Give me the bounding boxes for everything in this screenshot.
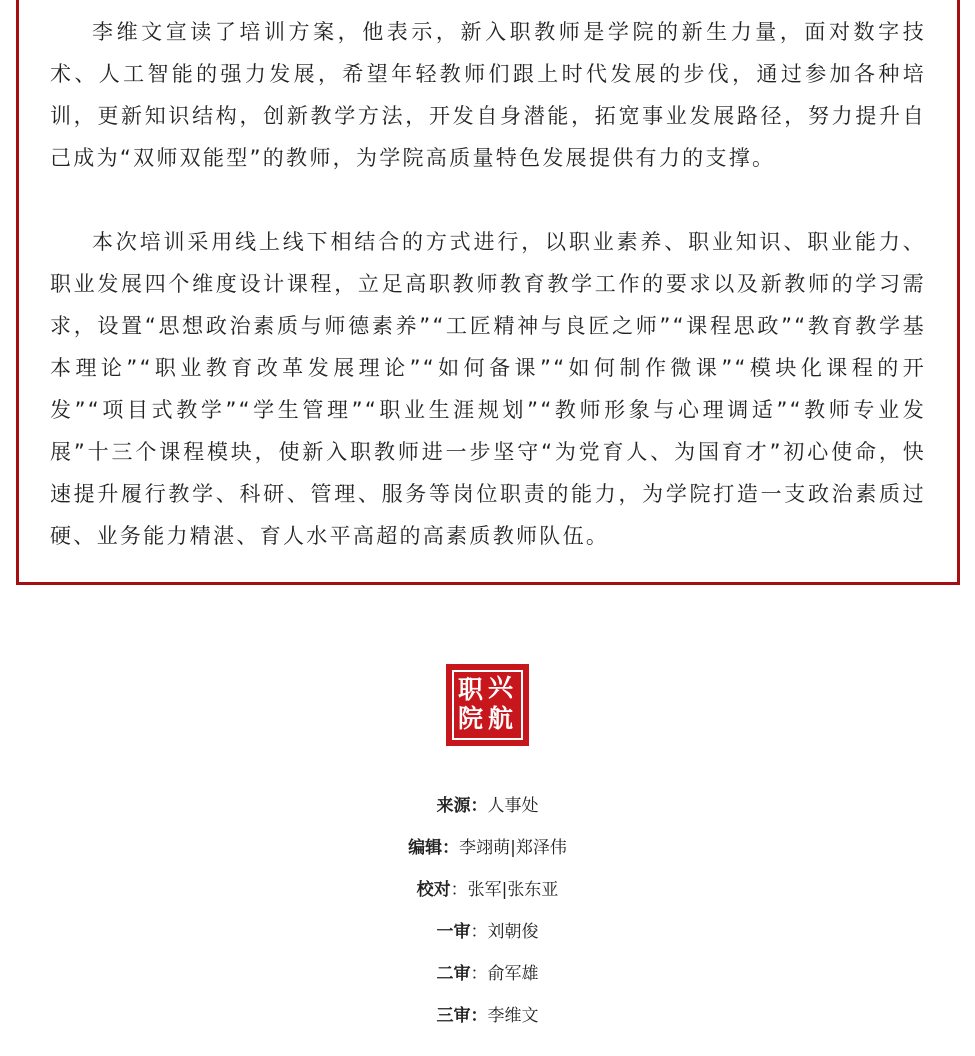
seal-char: 院 bbox=[458, 705, 483, 733]
credit-third-review: 三审：李维文 bbox=[0, 995, 975, 1037]
credit-source: 来源：人事处 bbox=[0, 785, 975, 827]
credit-second-review: 二审：俞军雄 bbox=[0, 953, 975, 995]
credit-first-review: 一审：刘朝俊 bbox=[0, 911, 975, 953]
credits: 来源：人事处 编辑：李翊萌|郑泽伟 校对：张军|张东亚 一审：刘朝俊 二审：俞军… bbox=[0, 785, 975, 1037]
paragraph-training-plan: 李维文宣读了培训方案，他表示，新入职教师是学院的新生力量，面对数字技术、人工智能… bbox=[50, 11, 926, 179]
seal-logo: 职 兴 院 航 bbox=[446, 664, 529, 746]
seal-char: 职 bbox=[458, 676, 483, 704]
seal-char: 兴 bbox=[488, 674, 513, 702]
credit-editor: 编辑：李翊萌|郑泽伟 bbox=[0, 827, 975, 869]
credit-proofreader: 校对：张军|张东亚 bbox=[0, 869, 975, 911]
paragraph-training-modules: 本次培训采用线上线下相结合的方式进行，以职业素养、职业知识、职业能力、职业发展四… bbox=[50, 221, 926, 557]
seal-char: 航 bbox=[488, 705, 513, 733]
